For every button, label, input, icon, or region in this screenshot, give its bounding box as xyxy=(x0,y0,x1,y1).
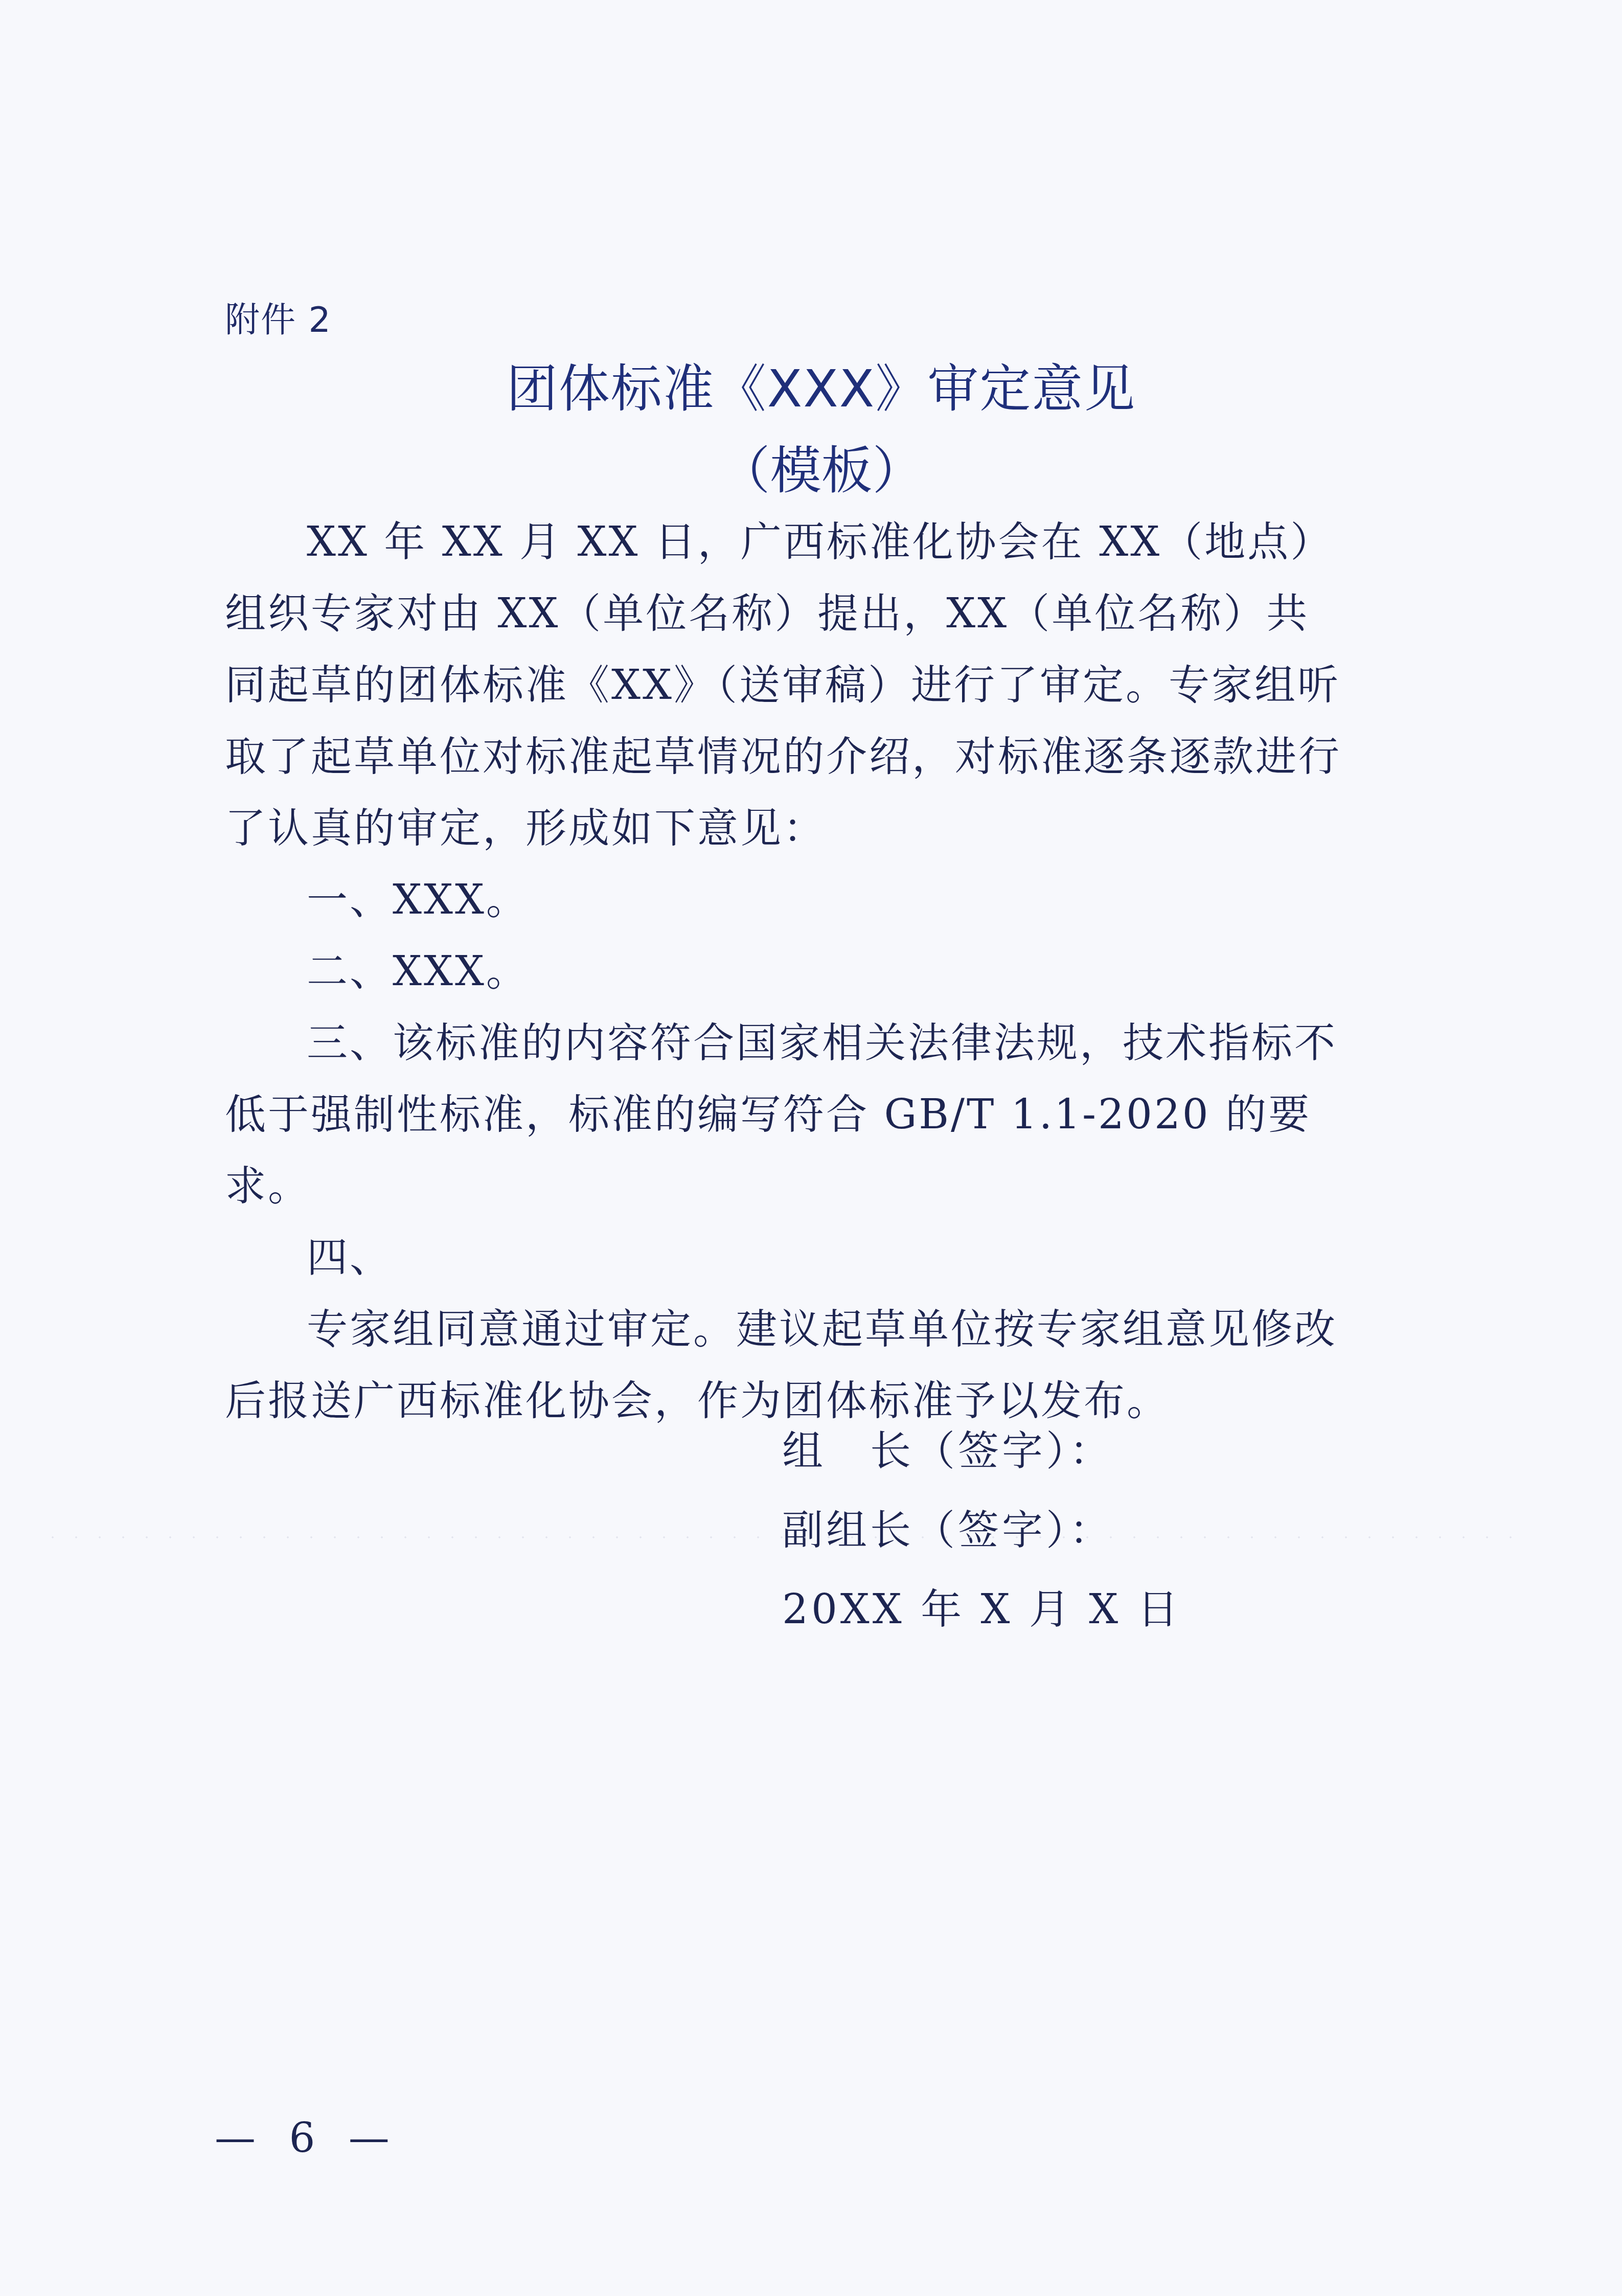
signature-date: 20XX 年 X 月 X 日 xyxy=(782,1570,1181,1649)
opinion-item-2: 二、XXX。 xyxy=(225,936,1350,1007)
annex-label: 附件 2 xyxy=(225,292,332,342)
document-page: 附件 2 团体标准《XXX》审定意见 （模板） XX 年 XX 月 XX 日，广… xyxy=(0,0,1622,2296)
opinion-item-4: 四、 xyxy=(225,1222,1350,1293)
opinion-item-1: 一、XXX。 xyxy=(225,864,1350,936)
page-number: — 6 — xyxy=(215,2114,400,2162)
deputy-leader-signature-line: 副组长（签字）： xyxy=(782,1490,1181,1570)
document-body: XX 年 XX 月 XX 日，广西标准化协会在 XX（地点）组织专家对由 XX（… xyxy=(225,506,1350,1437)
document-subtitle: （模板） xyxy=(0,429,1622,503)
leader-signature-line: 组 长（签字）： xyxy=(782,1411,1181,1490)
intro-paragraph: XX 年 XX 月 XX 日，广西标准化协会在 XX（地点）组织专家对由 XX（… xyxy=(225,506,1350,864)
opinion-item-3: 三、该标准的内容符合国家相关法律法规，技术指标不低于强制性标准，标准的编写符合 … xyxy=(225,1007,1350,1222)
signature-block: 组 长（签字）： 副组长（签字）： 20XX 年 X 月 X 日 xyxy=(782,1411,1181,1649)
scan-artifact-dotted-line xyxy=(41,1536,1523,1538)
document-title: 团体标准《XXX》审定意见 xyxy=(0,348,1622,421)
